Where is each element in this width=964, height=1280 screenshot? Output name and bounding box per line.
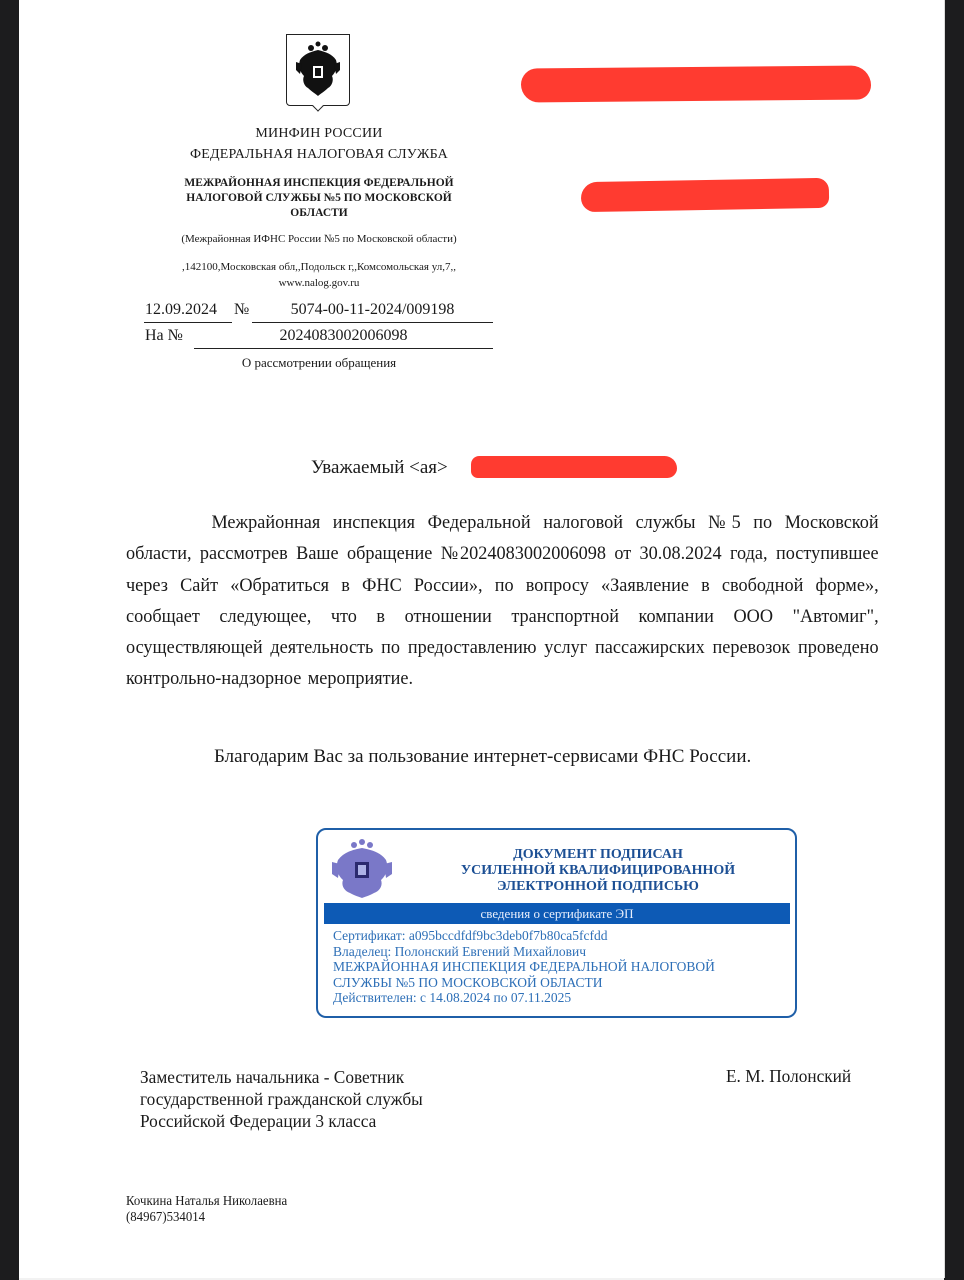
reply-to-label: На № [145, 327, 183, 345]
date-underline [144, 322, 232, 323]
inspection-name-text: МЕЖРАЙОННАЯ ИНСПЕКЦИЯ ФЕДЕРАЛЬНОЙ НАЛОГО… [169, 176, 469, 221]
service-name: ФЕДЕРАЛЬНАЯ НАЛОГОВАЯ СЛУЖБА [129, 147, 509, 163]
stamp-title-line: УСИЛЕННОЙ КВАЛИФИЦИРОВАННОЙ [413, 863, 783, 879]
reply-to-underline [194, 348, 493, 349]
certificate-info-bar: сведения о сертификате ЭП [324, 903, 790, 924]
certificate-id: Сертификат: a095bccdfdf9bc3deb0f7b80ca5f… [333, 928, 793, 944]
certificate-details: Сертификат: a095bccdfdf9bc3deb0f7b80ca5f… [333, 928, 793, 1006]
website-link: www.nalog.gov.ru [129, 275, 509, 291]
executor-block: Кочкина Наталья Николаевна (84967)534014 [126, 1193, 287, 1225]
letter-body: Межрайонная инспекция Федеральной налого… [126, 507, 879, 695]
address-block: ,142100,Московская обл,,Подольск г,,Комс… [129, 259, 509, 291]
signatory-name: Е. М. Полонский [726, 1066, 851, 1087]
greeting: Уважаемый <ая> [311, 457, 448, 479]
letter-date: 12.09.2024 [145, 301, 217, 319]
certificate-owner: Владелец: Полонский Евгений Михайлович [333, 944, 793, 960]
inspection-name: МЕЖРАЙОННАЯ ИНСПЕКЦИЯ ФЕДЕРАЛЬНОЙ НАЛОГО… [129, 176, 509, 221]
electronic-signature-stamp: ДОКУМЕНТ ПОДПИСАН УСИЛЕННОЙ КВАЛИФИЦИРОВ… [316, 828, 797, 1018]
position-line: Российской Федерации 3 класса [140, 1110, 423, 1132]
certificate-validity: Действителен: с 14.08.2024 по 07.11.2025 [333, 990, 793, 1006]
number-sign: № [234, 301, 249, 319]
document-page: МИНФИН РОССИИ ФЕДЕРАЛЬНАЯ НАЛОГОВАЯ СЛУЖ… [19, 0, 945, 1278]
inspection-short-name: (Межрайонная ИФНС России №5 по Московско… [129, 233, 509, 245]
executor-name: Кочкина Наталья Николаевна [126, 1193, 287, 1209]
outgoing-number: 5074-00-11-2024/009198 [252, 301, 493, 319]
stamp-title: ДОКУМЕНТ ПОДПИСАН УСИЛЕННОЙ КВАЛИФИЦИРОВ… [413, 847, 783, 895]
thanks-line: Благодарим Вас за пользование интернет-с… [214, 746, 751, 768]
coat-of-arms-icon [286, 34, 350, 106]
position-line: Заместитель начальника - Советник [140, 1066, 423, 1088]
number-underline [252, 322, 493, 323]
address: ,142100,Московская обл,,Подольск г,,Комс… [129, 259, 509, 275]
position-line: государственной гражданской службы [140, 1088, 423, 1110]
coat-of-arms-icon [332, 838, 392, 903]
redacted-recipient-address [581, 178, 829, 212]
certificate-org: МЕЖРАЙОННАЯ ИНСПЕКЦИЯ ФЕДЕРАЛЬНОЙ НАЛОГО… [333, 959, 793, 975]
ministry-name: МИНФИН РОССИИ [129, 126, 509, 142]
stamp-title-line: ДОКУМЕНТ ПОДПИСАН [413, 847, 783, 863]
signatory-position: Заместитель начальника - Советник госуда… [140, 1066, 423, 1132]
redacted-recipient-name [521, 65, 871, 102]
letter-subject: О рассмотрении обращения [129, 355, 509, 371]
reply-to-number: 2024083002006098 [194, 327, 493, 345]
stamp-title-line: ЭЛЕКТРОННОЙ ПОДПИСЬЮ [413, 879, 783, 895]
executor-phone: (84967)534014 [126, 1209, 287, 1225]
redacted-greeting-name [471, 456, 677, 478]
certificate-org: СЛУЖБЫ №5 ПО МОСКОВСКОЙ ОБЛАСТИ [333, 975, 793, 991]
